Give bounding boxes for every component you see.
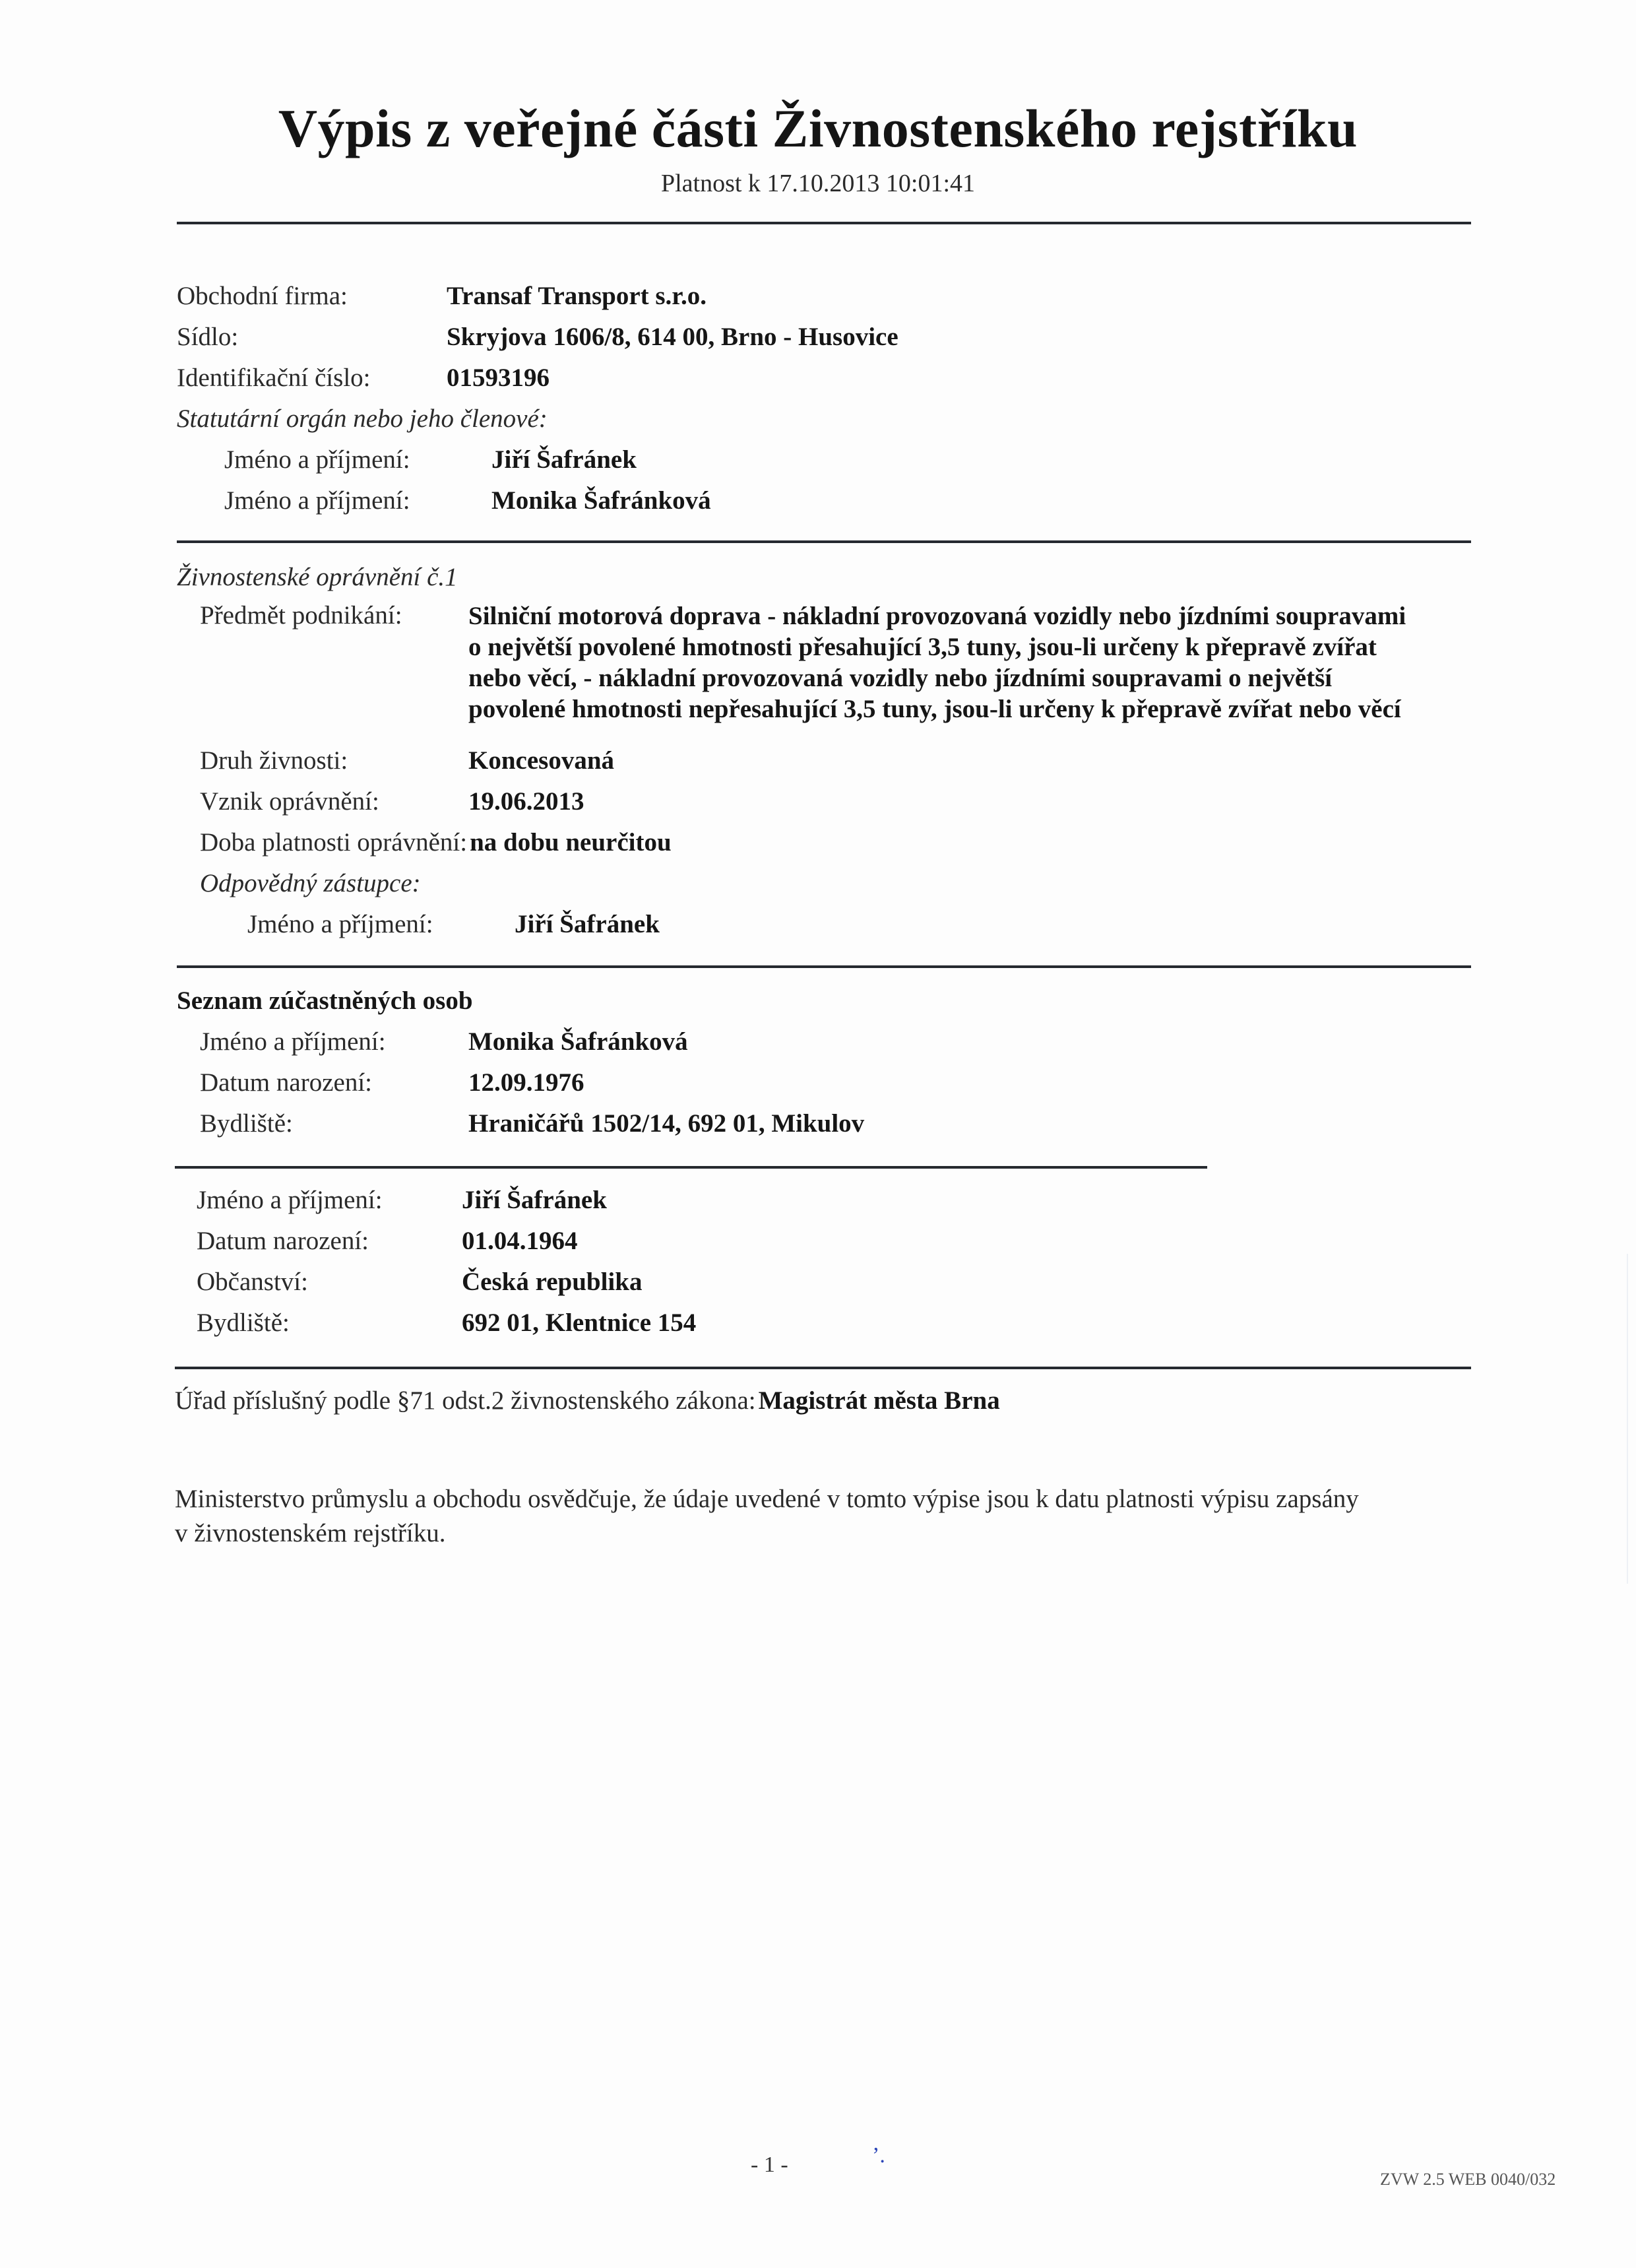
authority-label: Úřad příslušný podle §71 odst.2 živnoste…	[175, 1386, 756, 1415]
trade-type-label: Druh živnosti:	[200, 746, 348, 775]
business-subject-line: o největší povolené hmotnosti přesahujíc…	[468, 632, 1471, 663]
divider	[177, 965, 1471, 968]
person-residence: Hraničářů 1502/14, 692 01, Mikulov	[468, 1109, 864, 1138]
divider	[177, 540, 1471, 543]
seat-label: Sídlo:	[177, 322, 238, 352]
business-subject-value: Silniční motorová doprava - nákladní pro…	[468, 600, 1471, 725]
person-name-label: Jméno a příjmení:	[200, 1027, 386, 1056]
representative-name: Jiří Šafránek	[515, 909, 660, 939]
divider	[177, 222, 1471, 224]
person-name-label: Jméno a příjmení:	[197, 1185, 383, 1215]
certification-line: v živnostenském rejstříku.	[175, 1516, 1359, 1551]
person-citizenship-label: Občanství:	[197, 1267, 308, 1297]
person-residence-label: Bydliště:	[200, 1109, 293, 1138]
origin-date-label: Vznik oprávnění:	[200, 787, 379, 816]
statutory-heading: Statutární orgán nebo jeho členové:	[177, 404, 548, 434]
business-subject-label: Předmět podnikání:	[200, 600, 402, 630]
person-name: Jiří Šafránek	[462, 1185, 607, 1215]
page-number: - 1 -	[751, 2153, 788, 2178]
license-heading: Živnostenské oprávnění č.1	[177, 562, 458, 592]
business-subject-line: povolené hmotnosti nepřesahující 3,5 tun…	[468, 694, 1471, 725]
authority-row: Úřad příslušný podle §71 odst.2 živnoste…	[175, 1386, 1000, 1415]
person-birth-label: Datum narození:	[197, 1226, 369, 1256]
person-name: Monika Šafránková	[468, 1027, 688, 1056]
person-residence: 692 01, Klentnice 154	[462, 1308, 696, 1338]
person-residence-label: Bydliště:	[197, 1308, 290, 1338]
statutory-member-name: Monika Šafránková	[491, 486, 711, 515]
form-code: ZVW 2.5 WEB 0040/032	[1380, 2170, 1556, 2189]
certification-line: Ministerstvo průmyslu a obchodu osvědčuj…	[175, 1482, 1359, 1516]
representative-heading: Odpovědný zástupce:	[200, 868, 421, 898]
statutory-member-label: Jméno a příjmení:	[224, 486, 410, 515]
pen-mark-icon: ’.	[872, 2143, 885, 2168]
person-birth-label: Datum narození:	[200, 1068, 372, 1097]
license-validity-value: na dobu neurčitou	[470, 828, 672, 857]
person-birth: 12.09.1976	[468, 1068, 584, 1097]
origin-date-value: 19.06.2013	[468, 787, 584, 816]
id-number-value: 01593196	[447, 363, 550, 393]
trade-type-value: Koncesovaná	[468, 746, 614, 775]
trade-name-value: Transaf Transport s.r.o.	[447, 281, 707, 311]
license-validity-row: Doba platnosti oprávnění: na dobu neurči…	[200, 827, 672, 857]
participants-heading: Seznam zúčastněných osob	[177, 986, 473, 1016]
certification-text: Ministerstvo průmyslu a obchodu osvědčuj…	[175, 1482, 1359, 1551]
statutory-member-name: Jiří Šafránek	[491, 445, 637, 474]
business-subject-line: Silniční motorová doprava - nákladní pro…	[468, 600, 1471, 632]
scan-edge	[1627, 1254, 1628, 1584]
authority-name: Magistrát města Brna	[759, 1386, 1000, 1415]
representative-label: Jméno a příjmení:	[247, 909, 433, 939]
validity-timestamp: Platnost k 17.10.2013 10:01:41	[0, 169, 1636, 198]
person-citizenship: Česká republika	[462, 1267, 642, 1297]
id-number-label: Identifikační číslo:	[177, 363, 371, 393]
divider	[175, 1367, 1471, 1369]
seat-value: Skryjova 1606/8, 614 00, Brno - Husovice	[447, 322, 898, 352]
statutory-member-label: Jméno a příjmení:	[224, 445, 410, 474]
document-title: Výpis z veřejné části Živnostenského rej…	[0, 98, 1636, 160]
person-birth: 01.04.1964	[462, 1226, 578, 1256]
business-subject-line: nebo věcí, - nákladní provozovaná vozidl…	[468, 663, 1471, 694]
trade-name-label: Obchodní firma:	[177, 281, 348, 311]
divider-short	[175, 1166, 1207, 1169]
license-validity-label: Doba platnosti oprávnění:	[200, 828, 467, 857]
